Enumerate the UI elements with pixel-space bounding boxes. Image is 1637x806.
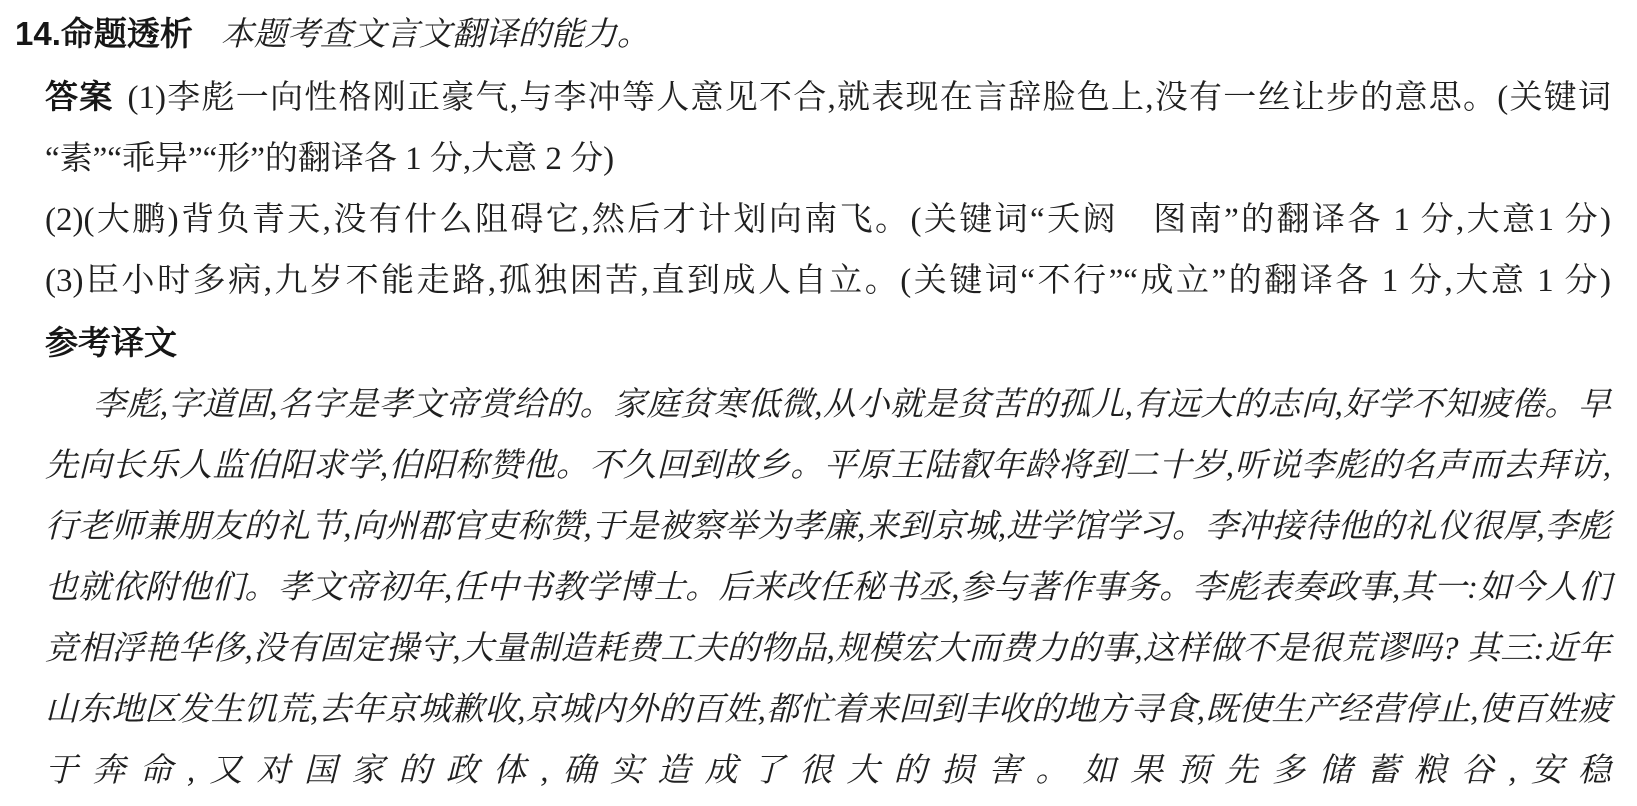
analysis-heading: 命题透析 bbox=[61, 15, 193, 52]
answer-item-2: (2)(大鹏)背负青天,没有什么阻碍它,然后才计划向南飞。(关键词“夭阏 图南”… bbox=[45, 190, 1611, 251]
answer-text-2: (2)(大鹏)背负青天,没有什么阻碍它,然后才计划向南飞。(关键词“夭阏 图南”… bbox=[45, 202, 1611, 238]
question-number: 14. bbox=[15, 15, 61, 52]
answer-heading: 答案 bbox=[45, 78, 114, 115]
reference-heading: 参考译文 bbox=[45, 312, 1611, 375]
answer-section: 答案(1)李彪一向性格刚正豪气,与李冲等人意见不合,就表现在言辞脸色上,没有一丝… bbox=[45, 66, 1611, 802]
analysis-text: 本题考查文言文翻译的能力。 bbox=[221, 17, 650, 53]
answer-item-3: (3)臣小时多病,九岁不能走路,孤独困苦,直到成人自立。(关键词“不行”“成立”… bbox=[45, 251, 1611, 312]
reference-translation-paragraph: 李彪,字道固,名字是孝文帝赏给的。家庭贫寒低微,从小就是贫苦的孤儿,有远大的志向… bbox=[45, 375, 1611, 802]
answer-key-page: 14.命题透析本题考查文言文翻译的能力。 答案(1)李彪一向性格刚正豪气,与李冲… bbox=[0, 0, 1637, 806]
answer-text-1: (1)李彪一向性格刚正豪气,与李冲等人意见不合,就表现在言辞脸色上,没有一丝让步… bbox=[45, 80, 1611, 177]
answer-item-1: 答案(1)李彪一向性格刚正豪气,与李冲等人意见不合,就表现在言辞脸色上,没有一丝… bbox=[45, 66, 1611, 190]
analysis-line: 14.命题透析本题考查文言文翻译的能力。 bbox=[15, 3, 1611, 66]
answer-text-3: (3)臣小时多病,九岁不能走路,孤独困苦,直到成人自立。(关键词“不行”“成立”… bbox=[45, 263, 1611, 299]
